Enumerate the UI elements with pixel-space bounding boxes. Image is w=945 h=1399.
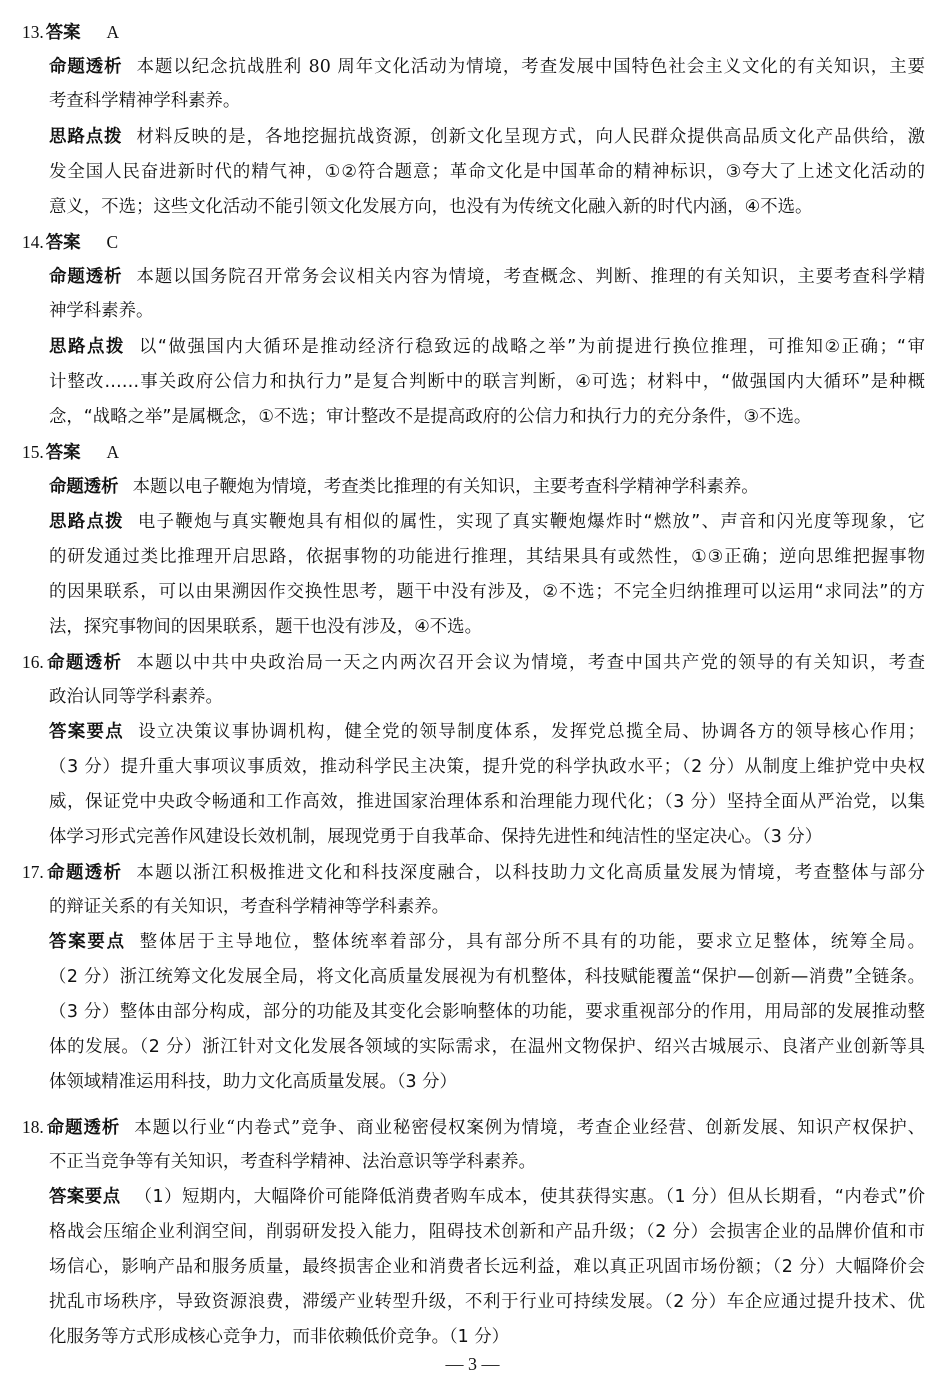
analysis-label: 命题透析 bbox=[49, 267, 122, 287]
analysis-text: 本题以国务院召开常务会议相关内容为情境，考查概念、判断、推理的有关知识，主要考查… bbox=[136, 267, 925, 287]
q15-hint-line: 的因果联系，可以由果溯因作交换性思考，题干中没有涉及，②不选；不完全归纳推理可以… bbox=[49, 581, 925, 603]
q17-keypoints-line: （2 分）浙江统筹文化发展全局，将文化高质量发展视为有机整体，科技赋能覆盖“保护… bbox=[49, 966, 925, 988]
q13-analysis-line: 考查科学精神学科素养。 bbox=[49, 90, 925, 112]
page-number: — 3 — bbox=[0, 1354, 945, 1375]
key-points-text: 整体居于主导地位，整体统率着部分，具有部分所不具有的功能，要求立足整体，统筹全局… bbox=[140, 932, 925, 952]
analysis-label: 命题透析 bbox=[49, 57, 123, 77]
q18-keypoints-line: 化服务等方式形成核心竞争力，而非依赖低价竞争。（1 分） bbox=[49, 1326, 925, 1348]
q17-analysis-line: 的辩证关系的有关知识，考查科学精神等学科素养。 bbox=[49, 896, 925, 918]
q15-analysis-line: 命题透析本题以电子鞭炮为情境，考查类比推理的有关知识，主要考查科学精神学科素养。 bbox=[49, 476, 925, 498]
q18-keypoints-line: 扰乱市场秩序，导致资源浪费，滞缓产业转型升级，不利于行业可持续发展。（2 分）车… bbox=[49, 1291, 925, 1313]
question-number: 17. bbox=[22, 862, 44, 882]
q15-hint-line: 思路点拨电子鞭炮与真实鞭炮具有相似的属性，实现了真实鞭炮爆炸时“燃放”、声音和闪… bbox=[49, 511, 925, 533]
q17-keypoints-line: 体的发展。（2 分）浙江针对文化发展各领域的实际需求，在温州文物保护、绍兴古城展… bbox=[49, 1036, 925, 1058]
key-points-label: 答案要点 bbox=[49, 722, 124, 742]
q14-hint-line: 计整改……事关政府公信力和执行力”是复合判断中的联言判断，④可选；材料中，“做强… bbox=[49, 371, 925, 393]
analysis-label: 命题透析 bbox=[46, 1118, 121, 1138]
answer-value: A bbox=[107, 442, 120, 462]
q14-hint-line: 念，“战略之举”是属概念，①不选；审计整改不是提高政府的公信力和执行力的充分条件… bbox=[49, 406, 925, 428]
q18-analysis-line: 18.命题透析本题以行业“内卷式”竞争、商业秘密侵权案例为情境，考查企业经营、创… bbox=[22, 1116, 925, 1139]
answer-label: 答案 bbox=[46, 23, 81, 43]
answer-value: C bbox=[107, 232, 119, 252]
analysis-text: 本题以纪念抗战胜利 80 周年文化活动为情境，考查发展中国特色社会主义文化的有关… bbox=[137, 57, 925, 77]
q16-keypoints-line: 答案要点设立决策议事协调机构，健全党的领导制度体系，发挥党总揽全局、协调各方的领… bbox=[49, 721, 925, 743]
q16-analysis-line: 16.命题透析本题以中共中央政治局一天之内两次召开会议为情境，考查中国共产党的领… bbox=[22, 651, 925, 674]
hint-text: 材料反映的是，各地挖掘抗战资源，创新文化呈现方式，向人民群众提供高品质文化产品供… bbox=[136, 127, 925, 147]
q14-answer-line: 14.答案C bbox=[22, 231, 925, 254]
q16-keypoints-line: 威，保证党中央政令畅通和工作高效，推进国家治理体系和治理能力现代化；（3 分）坚… bbox=[49, 791, 925, 813]
q13-answer-line: 13.答案A bbox=[22, 21, 925, 44]
key-points-text: 设立决策议事协调机构，健全党的领导制度体系，发挥党总揽全局、协调各方的领导核心作… bbox=[138, 722, 925, 742]
hint-text: 以“做强国内大循环是推动经济行稳致远的战略之举”为前提进行换位推理，可推知②正确… bbox=[139, 337, 925, 357]
q13-hint-line: 意义，不选；这些文化活动不能引领文化发展方向，也没有为传统文化融入新的时代内涵，… bbox=[49, 196, 925, 218]
question-number: 18. bbox=[22, 1117, 44, 1137]
key-points-text: （1）短期内，大幅降价可能降低消费者购车成本，使其获得实惠。（1 分）但从长期看… bbox=[135, 1187, 925, 1207]
analysis-text: 本题以浙江积极推进文化和科技深度融合，以科技助力文化高质量发展为情境，考查整体与… bbox=[136, 863, 925, 883]
analysis-text: 本题以行业“内卷式”竞争、商业秘密侵权案例为情境，考查企业经营、创新发展、知识产… bbox=[134, 1118, 925, 1138]
q17-keypoints-line: 体领域精准运用科技，助力文化高质量发展。（3 分） bbox=[49, 1071, 925, 1093]
q15-hint-line: 法，探究事物间的因果联系，题干也没有涉及，④不选。 bbox=[49, 616, 925, 638]
q17-analysis-line: 17.命题透析本题以浙江积极推进文化和科技深度融合，以科技助力文化高质量发展为情… bbox=[22, 861, 925, 884]
q16-keypoints-line: 体学习形式完善作风建设长效机制，展现党勇于自我革命、保持先进性和纯洁性的坚定决心… bbox=[49, 826, 925, 848]
key-points-label: 答案要点 bbox=[49, 1187, 121, 1207]
q16-keypoints-line: （3 分）提升重大事项议事质效，推动科学民主决策，提升党的科学执政水平；（2 分… bbox=[49, 756, 925, 778]
hint-label: 思路点拨 bbox=[49, 337, 125, 357]
analysis-label: 命题透析 bbox=[49, 477, 119, 497]
analysis-label: 命题透析 bbox=[46, 653, 123, 673]
question-number: 13. bbox=[22, 22, 44, 42]
q13-hint-line: 思路点拨材料反映的是，各地挖掘抗战资源，创新文化呈现方式，向人民群众提供高品质文… bbox=[49, 126, 925, 148]
analysis-text: 本题以电子鞭炮为情境，考查类比推理的有关知识，主要考查科学精神学科素养。 bbox=[133, 477, 759, 497]
q17-keypoints-line: 答案要点整体居于主导地位，整体统率着部分，具有部分所不具有的功能，要求立足整体，… bbox=[49, 931, 925, 953]
answer-label: 答案 bbox=[46, 443, 81, 463]
analysis-label: 命题透析 bbox=[46, 863, 123, 883]
question-number: 14. bbox=[22, 232, 44, 252]
q17-keypoints-line: （3 分）整体由部分构成，部分的功能及其变化会影响整体的功能，要求重视部分的作用… bbox=[49, 1001, 925, 1023]
q15-hint-line: 的研发通过类比推理开启思路，依据事物的功能进行推理，其结果具有或然性，①③正确；… bbox=[49, 546, 925, 568]
q14-analysis-line: 神学科素养。 bbox=[49, 300, 925, 322]
q13-hint-line: 发全国人民奋进新时代的精气神，①②符合题意；革命文化是中国革命的精神标识，③夸大… bbox=[49, 161, 925, 183]
answer-value: A bbox=[107, 22, 120, 42]
question-number: 16. bbox=[22, 652, 44, 672]
q15-answer-line: 15.答案A bbox=[22, 441, 925, 464]
q18-keypoints-line: 答案要点（1）短期内，大幅降价可能降低消费者购车成本，使其获得实惠。（1 分）但… bbox=[49, 1186, 925, 1208]
key-points-label: 答案要点 bbox=[49, 932, 126, 952]
q14-analysis-line: 命题透析本题以国务院召开常务会议相关内容为情境，考查概念、判断、推理的有关知识，… bbox=[49, 266, 925, 288]
q18-analysis-line: 不正当竞争等有关知识，考查科学精神、法治意识等学科素养。 bbox=[49, 1151, 925, 1173]
hint-label: 思路点拨 bbox=[49, 512, 124, 532]
q18-keypoints-line: 格战会压缩企业利润空间，削弱研发投入能力，阻碍技术创新和产品升级；（2 分）会损… bbox=[49, 1221, 925, 1243]
q16-analysis-line: 政治认同等学科素养。 bbox=[49, 686, 925, 708]
question-number: 15. bbox=[22, 442, 44, 462]
analysis-text: 本题以中共中央政治局一天之内两次召开会议为情境，考查中国共产党的领导的有关知识，… bbox=[136, 653, 925, 673]
q14-hint-line: 思路点拨以“做强国内大循环是推动经济行稳致远的战略之举”为前提进行换位推理，可推… bbox=[49, 336, 925, 358]
q18-keypoints-line: 场信心，影响产品和服务质量，最终损害企业和消费者长远利益，难以真正巩固市场份额；… bbox=[49, 1256, 925, 1278]
answer-label: 答案 bbox=[46, 233, 81, 253]
hint-text: 电子鞭炮与真实鞭炮具有相似的属性，实现了真实鞭炮爆炸时“燃放”、声音和闪光度等现… bbox=[138, 512, 925, 532]
hint-label: 思路点拨 bbox=[49, 127, 122, 147]
q13-analysis-line: 命题透析本题以纪念抗战胜利 80 周年文化活动为情境，考查发展中国特色社会主义文… bbox=[49, 56, 925, 78]
